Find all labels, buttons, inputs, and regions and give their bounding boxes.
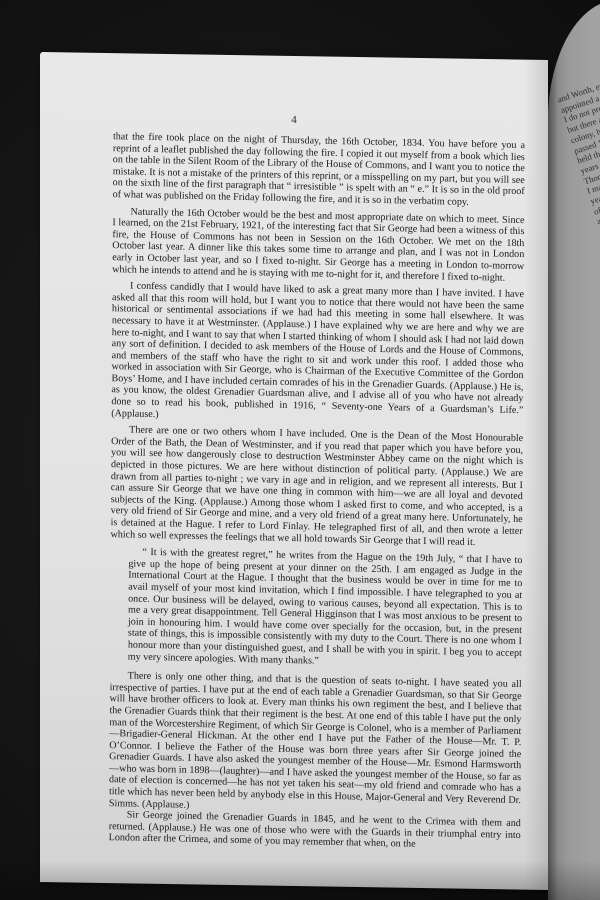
facing-page-text: and Worth, enjoyappointed a speI do not … bbox=[556, 52, 600, 730]
book-page-right-facing: and Worth, enjoyappointed a speI do not … bbox=[548, 0, 600, 900]
paragraph-meeting-date: Naturally the 16th October would be the … bbox=[112, 206, 524, 285]
paragraph-others-included: There are one or two others whom I have … bbox=[111, 424, 524, 549]
page-number: 4 bbox=[40, 110, 548, 130]
paragraph-fire-date: that the fire took place on the night of… bbox=[113, 131, 525, 210]
bottom-shadow bbox=[0, 860, 600, 900]
book-page-left: 4 that the fire took place on the night … bbox=[40, 52, 548, 890]
page-body-text: that the fire took place on the night of… bbox=[109, 131, 525, 858]
paragraph-invitations: I confess candidly that I would have lik… bbox=[111, 280, 524, 428]
paragraph-seating: There is only one other thing, and that … bbox=[109, 670, 522, 818]
quoted-letter-lord-finlay: “ It is with the greatest regret,” he wr… bbox=[128, 547, 523, 672]
